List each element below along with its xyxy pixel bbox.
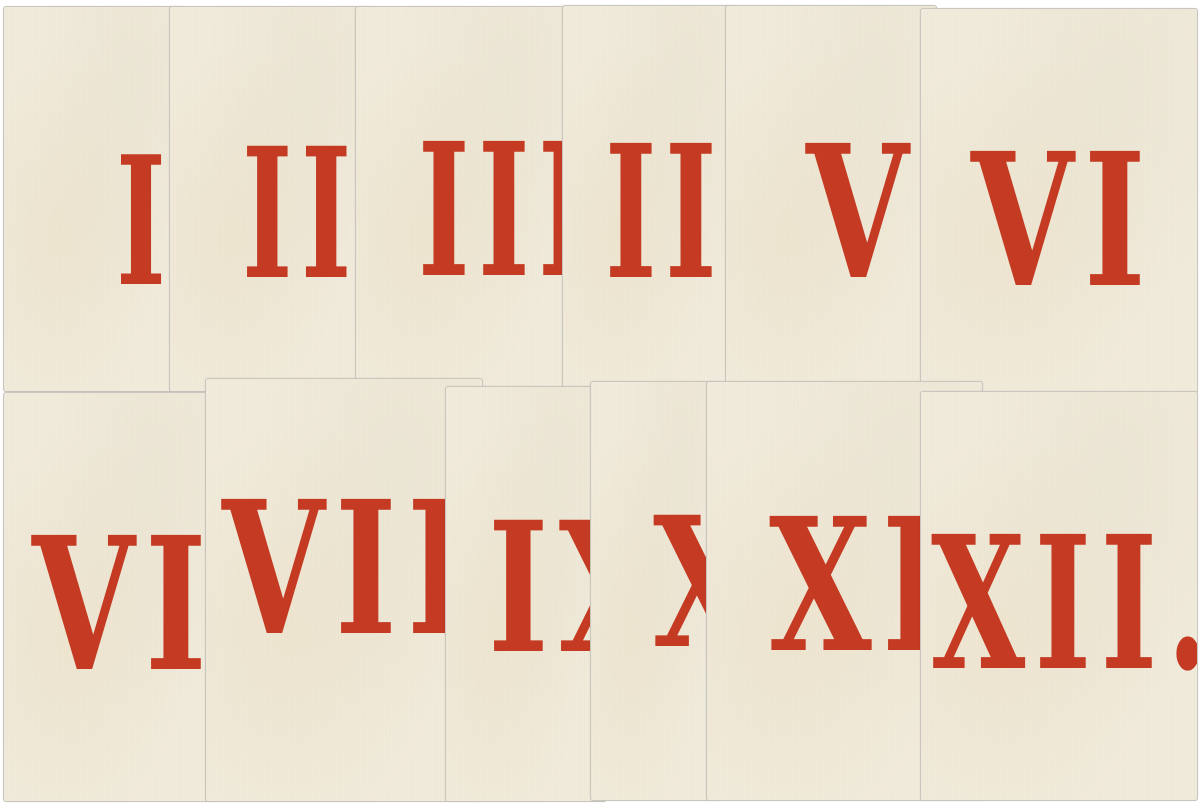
numeral-v: V — [806, 121, 919, 305]
numeral-xii: XII. — [931, 512, 1198, 696]
card-xii: XII. — [920, 391, 1198, 801]
card-iiii: IIII — [562, 5, 739, 391]
card-vi: VI — [920, 8, 1198, 394]
card-x: X — [590, 381, 722, 801]
numeral-iiii: IIII — [605, 121, 739, 305]
card-ix: IX — [445, 386, 607, 802]
card-iii: III — [355, 6, 575, 392]
numeral-i: I — [116, 133, 174, 311]
card-viii: VIII — [205, 378, 483, 802]
numeral-vi: VI — [971, 129, 1156, 313]
numeral-ii: II — [242, 125, 360, 305]
numeral-viii: VIII — [222, 477, 483, 661]
numeral-iii: III — [418, 119, 575, 303]
card-v: V — [725, 5, 937, 391]
card-ii: II — [169, 6, 371, 392]
numeral-vii: VII — [32, 513, 220, 697]
card-vii: VII — [3, 392, 220, 802]
card-i: I — [3, 6, 185, 392]
